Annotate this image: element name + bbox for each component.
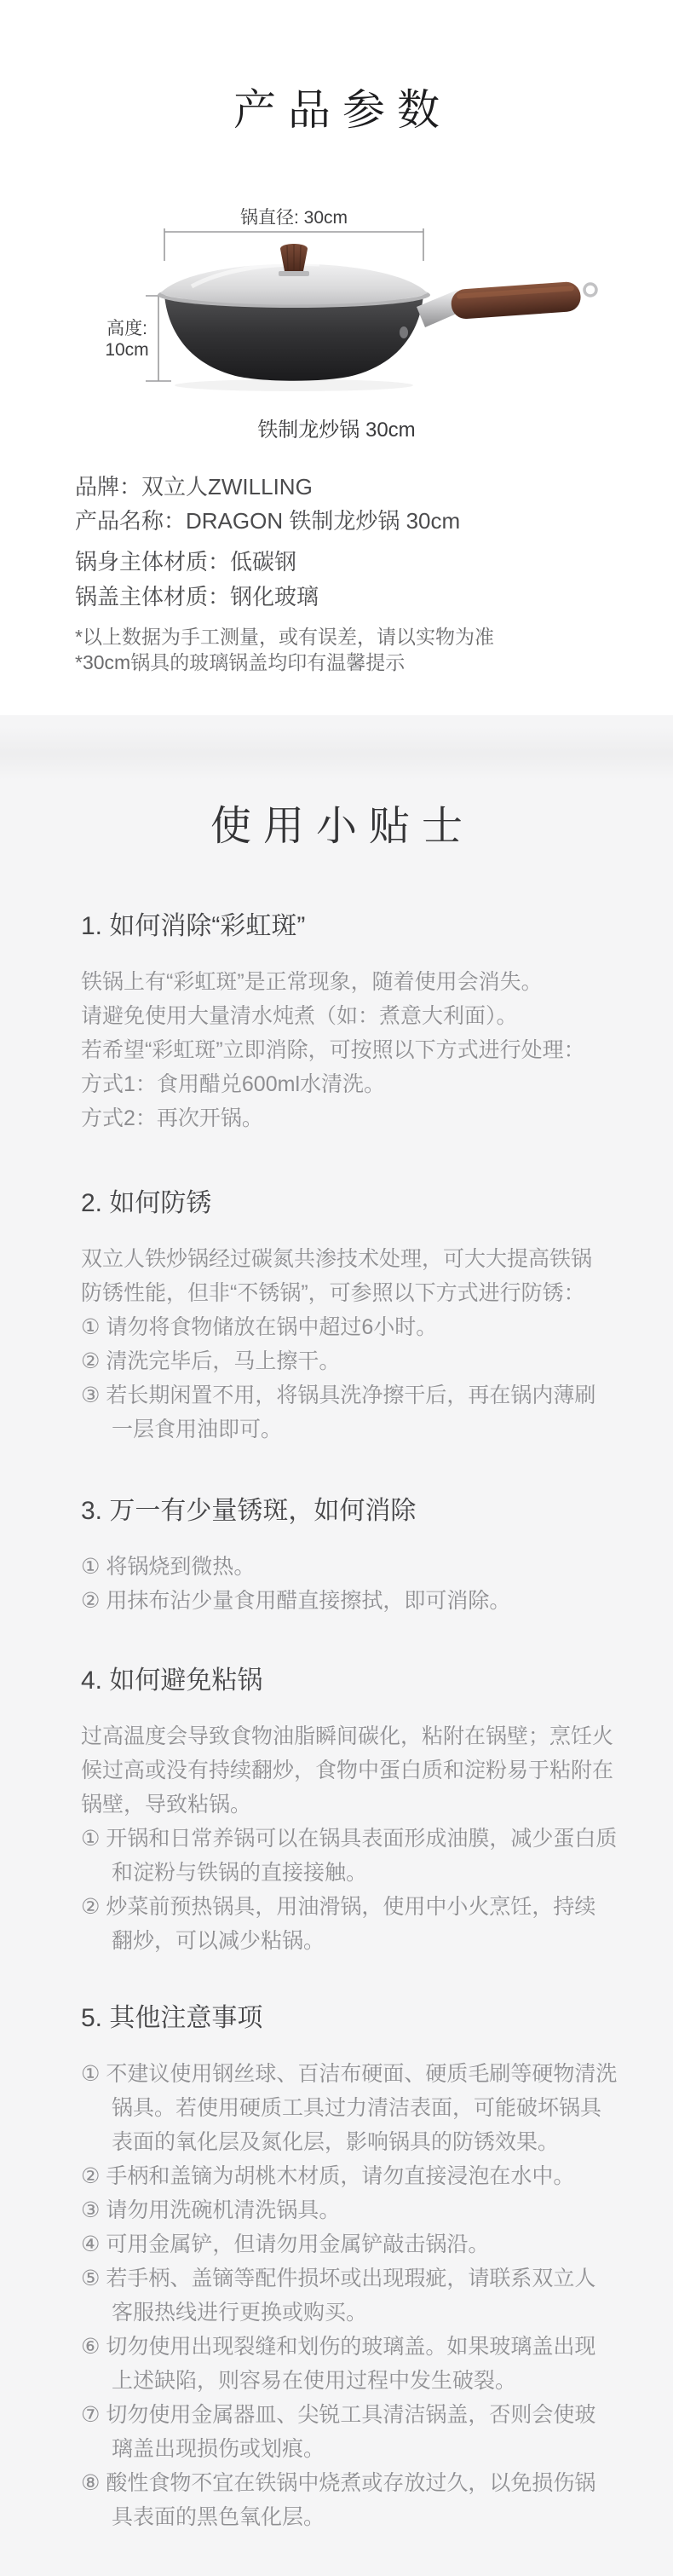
- tips-line: 锅具。若使用硬质工具过力清洁表面，可能破坏锅具: [112, 2091, 673, 2125]
- tips-line: 防锈性能，但非“不锈锅”，可参照以下方式进行防锈：: [81, 1276, 673, 1310]
- tips-section-4-heading: 4. 如何避免粘锅: [81, 1666, 673, 1695]
- tips-line: 翻炒，可以减少粘锅。: [112, 1924, 673, 1958]
- figure-caption: 铁制龙炒锅 30cm: [0, 419, 673, 442]
- note-lid-print: *30cm锅具的玻璃锅盖均印有温馨提示: [75, 651, 405, 673]
- tips-line: 具表面的黑色氧化层。: [112, 2500, 673, 2534]
- tips-line: ③ 若长期闲置不用，将锅具洗净擦干后，再在锅内薄刷: [81, 1378, 673, 1412]
- tips-line: 锅壁，导致粘锅。: [81, 1788, 673, 1822]
- tips-line: ② 手柄和盖镝为胡桃木材质，请勿直接浸泡在水中。: [81, 2159, 673, 2193]
- tips-line: 铁锅上有“彩虹斑”是正常现象，随着使用会消失。: [81, 965, 673, 999]
- tips-section-2-heading: 2. 如何防锈: [81, 1189, 673, 1218]
- tips-section-4: 4. 如何避免粘锅 过高温度会导致食物油脂瞬间碳化，粘附在锅壁；烹饪火 候过高或…: [0, 1666, 673, 1958]
- tips-line: 表面的氧化层及氮化层，影响锅具的防锈效果。: [112, 2125, 673, 2159]
- height-label-line1: 高度:: [106, 319, 147, 338]
- tips-line: ④ 可用金属铲，但请勿用金属铲敲击锅沿。: [81, 2227, 673, 2261]
- tips-line: 客服热线进行更换或购买。: [112, 2296, 673, 2330]
- tips-line: 方式2：再次开锅。: [81, 1101, 673, 1135]
- tips-line: ⑧ 酸性食物不宜在铁锅中烧煮或存放过久，以免损伤锅: [81, 2466, 673, 2500]
- wok-body: [164, 295, 423, 381]
- wok-shadow: [175, 379, 413, 391]
- tips-title: 使用小贴士: [0, 803, 673, 851]
- tips-line: ② 炒菜前预热锅具，用油滑锅，使用中小火烹饪，持续: [81, 1890, 673, 1924]
- knob-base: [279, 271, 309, 276]
- note-measurement: *以上数据为手工测量，或有误差，请以实物为准: [75, 626, 494, 648]
- spec-lid-material: 锅盖主体材质：钢化玻璃: [75, 584, 319, 609]
- tips-line: ⑤ 若手柄、盖镝等配件损坏或出现瑕疵，请联系双立人: [81, 2261, 673, 2296]
- tips-line: 方式1：食用醋兑600ml水清洗。: [81, 1067, 673, 1101]
- wood-handle: [451, 281, 582, 321]
- tips-section-3-heading: 3. 万一有少量锈斑，如何消除: [81, 1497, 673, 1526]
- tips-line: 请避免使用大量清水炖煮（如：煮意大利面）。: [81, 999, 673, 1033]
- spec-body-material: 锅身主体材质：低碳钢: [75, 549, 296, 575]
- product-figure: 锅直径: 30cm 高度: 10cm: [64, 205, 609, 396]
- tips-line: 若希望“彩虹斑”立即消除，可按照以下方式进行处理：: [81, 1033, 673, 1067]
- tips-line: ① 请勿将食物储放在锅中超过6小时。: [81, 1310, 673, 1344]
- tips-line: ③ 请勿用洗碗机清洗锅具。: [81, 2193, 673, 2227]
- tips-line: 一层食用油即可。: [112, 1412, 673, 1447]
- tips-section-1-heading: 1. 如何消除“彩虹斑”: [81, 912, 673, 941]
- tips-line: ① 将锅烧到微热。: [81, 1550, 673, 1584]
- tips-line: 和淀粉与铁锅的直接接触。: [112, 1856, 673, 1890]
- tips-line: 上述缺陷，则容易在使用过程中发生破裂。: [112, 2364, 673, 2398]
- wok-illustration: 锅直径: 30cm 高度: 10cm: [64, 205, 609, 396]
- tips-line: ① 不建议使用钢丝球、百洁布硬面、硬质毛刷等硬物清洗: [81, 2057, 673, 2091]
- tips-line: ① 开锅和日常养锅可以在锅具表面形成油膜，减少蛋白质: [81, 1822, 673, 1856]
- height-label-line2: 10cm: [105, 340, 148, 360]
- tips-line: ② 用抹布沾少量食用醋直接擦拭，即可消除。: [81, 1584, 673, 1618]
- product-detail-page: 产品参数: [0, 0, 673, 2576]
- tips-line: 璃盖出现损伤或划痕。: [112, 2432, 673, 2466]
- tips-line: 候过高或没有持续翻炒，食物中蛋白质和淀粉易于粘附在: [81, 1753, 673, 1788]
- tips-section-5: 5. 其他注意事项 ① 不建议使用钢丝球、百洁布硬面、硬质毛刷等硬物清洗 锅具。…: [0, 2004, 673, 2534]
- tips-section-3: 3. 万一有少量锈斑，如何消除 ① 将锅烧到微热。 ② 用抹布沾少量食用醋直接擦…: [0, 1497, 673, 1618]
- rivet: [400, 326, 408, 338]
- tips-line: ⑦ 切勿使用金属器皿、尖锐工具清洁锅盖，否则会使玻: [81, 2398, 673, 2432]
- hanging-loop: [584, 284, 596, 296]
- spec-brand: 品牌：双立人ZWILLING: [75, 474, 313, 500]
- tips-line: 过高温度会导致食物油脂瞬间碳化，粘附在锅壁；烹饪火: [81, 1719, 673, 1753]
- tips-line: 双立人铁炒锅经过碳氮共渗技术处理，可大大提高铁锅: [81, 1242, 673, 1276]
- tips-section-5-heading: 5. 其他注意事项: [81, 2004, 673, 2033]
- spec-product-name: 产品名称：DRAGON 铁制龙炒锅 30cm: [75, 508, 460, 534]
- tips-line: ⑥ 切勿使用出现裂缝和划伤的玻璃盖。如果玻璃盖出现: [81, 2330, 673, 2364]
- tips-section-1: 1. 如何消除“彩虹斑” 铁锅上有“彩虹斑”是正常现象，随着使用会消失。 请避免…: [0, 912, 673, 1135]
- page-title-product-specs: 产品参数: [0, 85, 673, 135]
- diameter-label: 锅直径: 30cm: [240, 208, 348, 228]
- tips-line: ② 清洗完毕后，马上擦干。: [81, 1344, 673, 1378]
- tips-section-2: 2. 如何防锈 双立人铁炒锅经过碳氮共渗技术处理，可大大提高铁锅 防锈性能，但非…: [0, 1189, 673, 1447]
